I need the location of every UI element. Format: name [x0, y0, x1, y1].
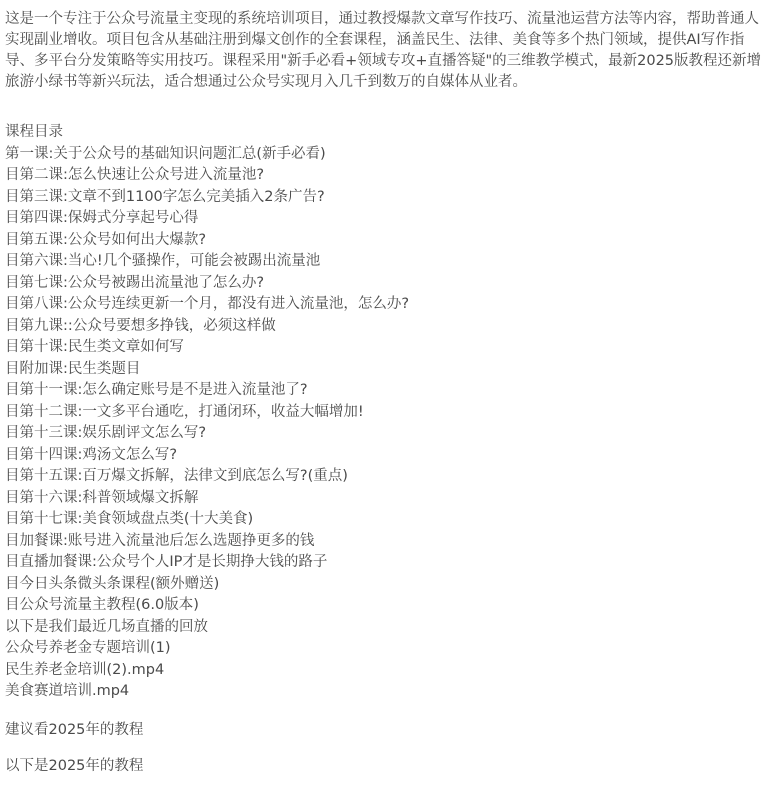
catalog-title: 课程目录: [5, 122, 772, 144]
note-below-2025: 以下是2025年的教程: [5, 756, 772, 777]
catalog-line-lesson-7: 目第七课:公众号被踢出流量池了怎么办?: [5, 273, 772, 295]
catalog-line-lesson-9: 目第九课::公众号要想多挣钱，必须这样做: [5, 316, 772, 338]
catalog-line-bonus-topic: 目加餐课:账号进入流量池后怎么选题挣更多的钱: [5, 531, 772, 553]
catalog-line-lesson-15: 目第十五课:百万爆文拆解，法律文到底怎么写?(重点): [5, 466, 772, 488]
catalog-line-replay-header: 以下是我们最近几场直播的回放: [5, 617, 772, 639]
catalog-line-bonus-live: 目直播加餐课:公众号个人IP才是长期挣大钱的路子: [5, 552, 772, 574]
catalog-line-lesson-4: 目第四课:保姆式分享起号心得: [5, 208, 772, 230]
catalog-line-replay-food: 美食赛道培训.mp4: [5, 681, 772, 703]
course-catalog: 课程目录 第一课:关于公众号的基础知识问题汇总(新手必看) 目第二课:怎么快速让…: [5, 122, 772, 703]
catalog-line-toutiao-course: 目今日头条微头条课程(额外赠送): [5, 574, 772, 596]
catalog-line-lesson-6: 目第六课:当心!几个骚操作，可能会被踢出流量池: [5, 251, 772, 273]
catalog-line-tutorial-v6: 目公众号流量主教程(6.0版本): [5, 595, 772, 617]
catalog-line-lesson-10: 目第十课:民生类文章如何写: [5, 337, 772, 359]
intro-paragraph: 这是一个专注于公众号流量主变现的系统培训项目，通过教授爆款文章写作技巧、流量池运…: [5, 9, 772, 93]
catalog-line-lesson-11: 目第十一课:怎么确定账号是不是进入流量池了?: [5, 380, 772, 402]
catalog-line-replay-pension-2: 民生养老金培训(2).mp4: [5, 660, 772, 682]
catalog-line-lesson-8: 目第八课:公众号连续更新一个月，都没有进入流量池，怎么办?: [5, 294, 772, 316]
course-description-page: 这是一个专注于公众号流量主变现的系统培训项目，通过教授爆款文章写作技巧、流量池运…: [0, 0, 778, 777]
catalog-line-lesson-16: 目第十六课:科普领域爆文拆解: [5, 488, 772, 510]
catalog-line-lesson-12: 目第十二课:一文多平台通吃，打通闭环，收益大幅增加!: [5, 402, 772, 424]
catalog-line-replay-pension-1: 公众号养老金专题培训(1): [5, 638, 772, 660]
catalog-line-lesson-5: 目第五课:公众号如何出大爆款?: [5, 230, 772, 252]
catalog-line-lesson-14: 目第十四课:鸡汤文怎么写?: [5, 445, 772, 467]
catalog-line-lesson-1: 第一课:关于公众号的基础知识问题汇总(新手必看): [5, 144, 772, 166]
note-recommend-2025: 建议看2025年的教程: [5, 720, 772, 741]
catalog-line-lesson-17: 目第十七课:美食领域盘点类(十大美食): [5, 509, 772, 531]
catalog-line-lesson-3: 目第三课:文章不到1100字怎么完美插入2条广告?: [5, 187, 772, 209]
catalog-line-lesson-13: 目第十三课:娱乐剧评文怎么写?: [5, 423, 772, 445]
catalog-line-extra-minsheng: 目附加课:民生类题目: [5, 359, 772, 381]
catalog-line-lesson-2: 目第二课:怎么快速让公众号进入流量池?: [5, 165, 772, 187]
